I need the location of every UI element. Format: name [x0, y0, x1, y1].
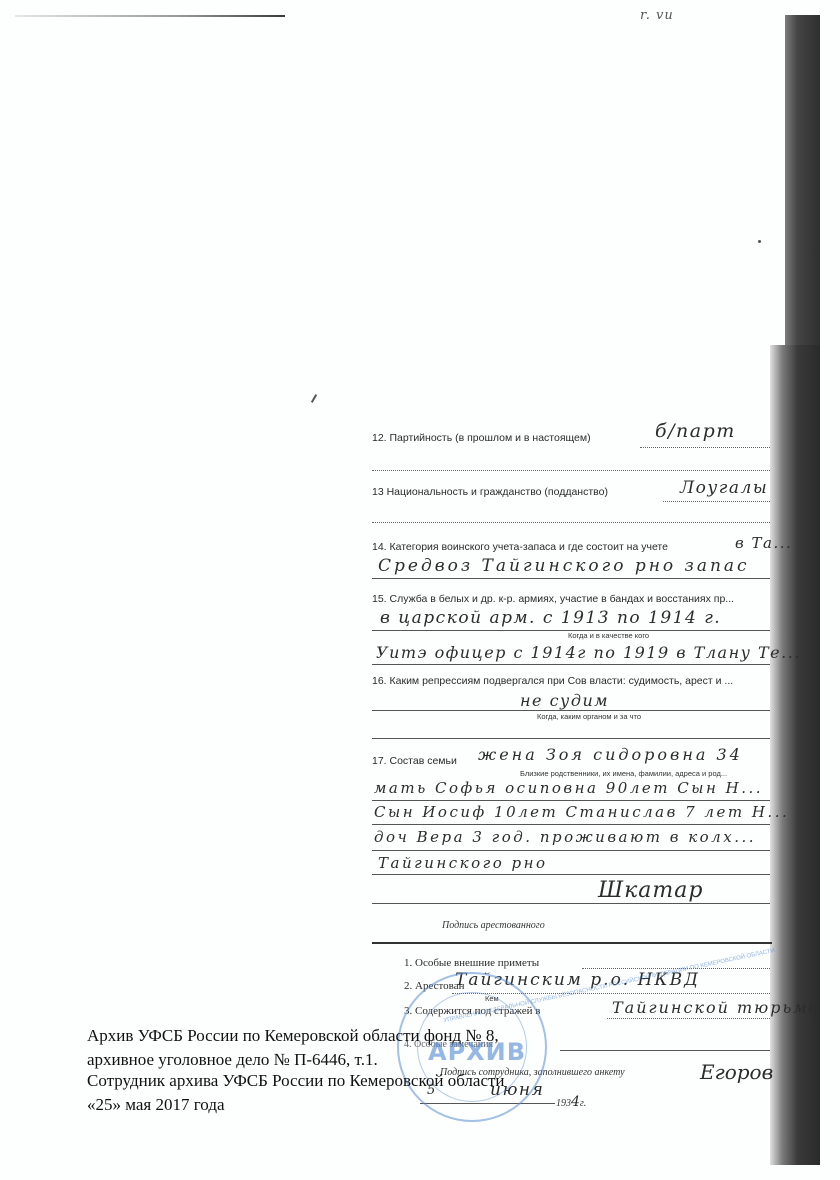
q16-caption: Когда, каким органом и за что	[537, 712, 641, 721]
q17-line-3	[372, 824, 770, 825]
date-year-prefix: 193	[556, 1098, 571, 1109]
scan-shadow-band	[770, 345, 820, 1165]
scan-speck	[758, 240, 761, 243]
q16-line-2	[372, 738, 770, 739]
archive-note-line-4: «25» мая 2017 года	[87, 1095, 225, 1115]
q17-line-5	[372, 874, 770, 875]
scan-speck	[311, 394, 317, 403]
sec2-item1: 1. Особые внешние приметы	[404, 957, 539, 969]
q15-label: 15. Служба в белых и др. к-р. армиях, уч…	[372, 593, 734, 605]
q14-answer-2: Средвоз Тайгинского рно запас	[378, 556, 750, 576]
sec2-item4-line	[560, 1050, 770, 1051]
officer-signature: Егоров	[700, 1060, 773, 1084]
q13-label: 13 Национальность и гражданство (подданс…	[372, 486, 608, 498]
sec2-item3-line	[607, 1018, 770, 1019]
q12-answer: б/парт	[655, 420, 736, 442]
q17-answer-5: Тайгинского рно	[378, 854, 548, 872]
q13-line-2	[372, 522, 770, 523]
scan-shadow-band-top	[785, 15, 820, 350]
q14-answer-1: в Та...	[735, 534, 792, 552]
date-year-suffix: 4	[571, 1094, 580, 1110]
date-year-suffix-g: г.	[580, 1098, 586, 1109]
q15-answer-2: Уитэ офицер с 1914г по 1919 в Тлану Те..…	[376, 643, 801, 662]
q15-line-2	[372, 664, 770, 665]
archive-note-line-2: архивное уголовное дело № П-6446, т.1.	[87, 1050, 378, 1070]
q14-line	[372, 578, 770, 579]
signature-line	[372, 903, 770, 904]
q12-line-2	[372, 470, 770, 471]
q17-line-2	[372, 800, 770, 801]
sec2-item3-answer: Тайгинской тюрьме	[612, 998, 820, 1017]
archive-note-line-3: Сотрудник архива УФСБ России по Кемеровс…	[87, 1071, 505, 1091]
section-divider	[372, 942, 772, 944]
q17-line-4	[372, 850, 770, 851]
q17-answer-1: жена Зоя сидоровна 34	[478, 745, 743, 764]
q13-line	[663, 501, 770, 502]
q16-label: 16. Каким репрессиям подвергался при Сов…	[372, 675, 733, 687]
archive-note-line-1: Архив УФСБ России по Кемеровской области…	[87, 1026, 499, 1046]
q17-answer-3: Сын Иосиф 10лет Станислав 7 лет Н...	[374, 803, 789, 821]
arrested-signature-caption: Подпись арестованного	[442, 920, 545, 931]
q17-answer-2: мать Софья осиповна 90лет Сын Н...	[374, 779, 763, 797]
q17-label: 17. Состав семьи	[372, 755, 457, 767]
q16-line	[372, 710, 770, 711]
q16-answer: не судим	[520, 691, 609, 710]
q13-answer: Лоугалы	[680, 478, 768, 498]
q12-line	[640, 447, 770, 448]
q15-answer-1: в царской арм. с 1913 по 1914 г.	[380, 608, 721, 628]
scan-edge-line	[15, 15, 285, 17]
q15-caption: Когда и в качестве кого	[568, 631, 649, 640]
q17-answer-4: доч Вера 3 год. проживают в колх...	[374, 828, 756, 846]
q12-label: 12. Партийность (в прошлом и в настоящем…	[372, 432, 591, 444]
arrested-signature: Шкатар	[598, 878, 703, 903]
date-year: 1934г.	[556, 1094, 586, 1110]
corner-mark: r. vи	[640, 8, 674, 23]
q14-label: 14. Категория воинского учета-запаса и г…	[372, 541, 668, 553]
q17-caption: Близкие родственники, их имена, фамилии,…	[520, 769, 727, 778]
